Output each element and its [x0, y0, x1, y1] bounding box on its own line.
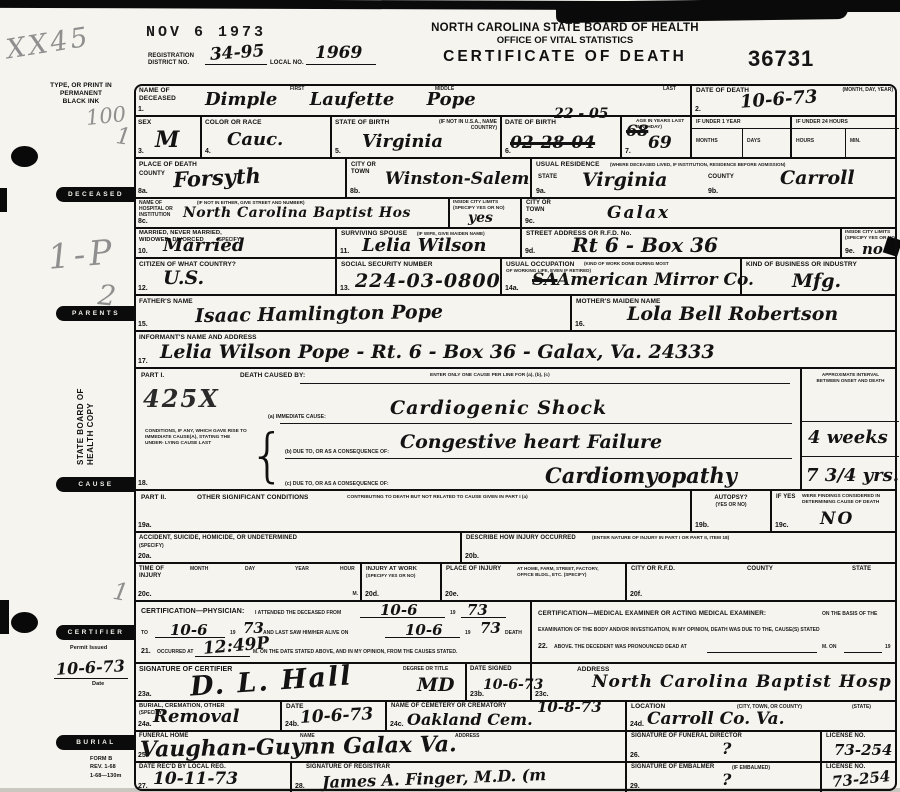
field-place-of-death-county: PLACE OF DEATH COUNTY 8a. Forsyth: [135, 157, 345, 197]
date-received-value: 10-11-73: [153, 771, 238, 788]
cause-interval-column: APPROXIMATE INTERVALBETWEEN ONSET AND DE…: [800, 367, 897, 489]
burial-type-value: Removal: [153, 708, 239, 726]
ssn-value: 224-03-0800: [355, 272, 501, 291]
scan-artifact-top-corner: [828, 0, 900, 12]
field-registrar-signature: SIGNATURE OF REGISTRAR 28. James A. Fing…: [290, 761, 625, 792]
burial-location-value: Carroll Co. Va.: [647, 711, 785, 728]
field-usual-residence: USUAL RESIDENCE (WHERE DECEASED LIVED, I…: [530, 157, 897, 197]
field-father-name: FATHER'S NAME 15. Isaac Hamlington Pope: [135, 294, 570, 330]
father-name-value: Isaac Hamlington Pope: [195, 303, 443, 326]
permit-date-label: Date: [92, 681, 104, 688]
degree-value: MD: [417, 676, 455, 695]
field-autopsy: AUTOPSY? (YES OR NO) 19b.: [690, 489, 770, 531]
field-date-of-birth: DATE OF BIRTH 6. 22 - 05 02-28-04: [500, 115, 620, 157]
form-id: FORM BREV. 1-681-68—130m: [90, 755, 121, 780]
certificate-title: CERTIFICATE OF DEATH: [390, 48, 740, 66]
race-value: Cauc.: [227, 131, 283, 149]
place-of-death-city-value: Winston-Salem: [385, 171, 529, 188]
margin-tab-parents: PARENTS: [56, 306, 136, 321]
field-embalmer-signature: SIGNATURE OF EMBALMER (IF EMBALMED) 29. …: [625, 761, 820, 792]
cause-due-to-2-value: Cardiomyopathy: [545, 465, 737, 486]
cause-code: 425X: [143, 387, 220, 411]
hospital-value: North Carolina Baptist Hos: [183, 206, 411, 220]
received-date-stamp: NOV 6 1973: [146, 24, 266, 41]
age-correction: 69: [648, 135, 672, 152]
cemetery-note-date: 10-8-73: [537, 700, 602, 715]
cause-interval-b: 4 weeks: [808, 429, 888, 447]
field-state-of-birth: STATE OF BIRTH (IF NOT IN U.S.A., NAME C…: [330, 115, 500, 157]
board-name: NORTH CAROLINA STATE BOARD OF HEALTH: [390, 22, 740, 34]
field-race: COLOR OR RACE 4. Cauc.: [200, 115, 330, 157]
residence-county-value: Carroll: [780, 169, 855, 188]
field-burial-date: DATE 24b. 10-6-73: [280, 700, 385, 730]
date-of-birth-value: 02-28-04: [510, 135, 595, 152]
place-of-death-county-value: Forsyth: [173, 165, 262, 191]
industry-value: Mfg.: [792, 272, 841, 291]
section-certification-medical-examiner: CERTIFICATION—MEDICAL EXAMINER OR ACTING…: [530, 600, 897, 662]
field-sex: SEX 3. M: [135, 115, 200, 157]
residence-icl-value: no: [862, 242, 883, 257]
field-certifier-address: ADDRESS 23c. North Carolina Baptist Hosp: [530, 662, 897, 700]
office-name: OFFICE OF VITAL STATISTICS: [390, 35, 740, 46]
punch-hole-top: [11, 146, 38, 167]
local-no-underline: [306, 55, 376, 65]
deceased-name-value: Dimple Laufette Pope: [205, 91, 476, 109]
field-burial-type: BURIAL, CREMATION, OTHER (SPECIFY) 24a. …: [135, 700, 280, 730]
state-of-birth-value: Virginia: [362, 133, 443, 151]
death-certificate-scan: NOV 6 1973 REGISTRATIONDISTRICT NO. 34-9…: [0, 0, 900, 792]
scan-artifact-left-tick-1: [0, 188, 7, 212]
field-street-address: STREET ADDRESS OR R.F.D. No. 9d. Rt 6 - …: [520, 227, 840, 257]
field-surviving-spouse: SURVIVING SPOUSE (IF WIFE, GIVE MAIDEN N…: [335, 227, 520, 257]
field-date-of-death: DATE OF DEATH (MONTH, DAY, YEAR) 2. 10-6…: [690, 85, 897, 115]
occupation-value: American Mirror Co.: [557, 272, 754, 289]
autopsy-findings-value: NO: [820, 511, 854, 528]
date-of-death-value: 10-6-73: [739, 88, 818, 111]
certifier-address-value: North Carolina Baptist Hosp: [592, 674, 892, 691]
permit-issued-label: Permit Issued: [70, 645, 107, 652]
section-cause-part1: PART I. DEATH CAUSED BY: ENTER ONLY ONE …: [135, 367, 800, 489]
name-col-last: LAST: [663, 86, 676, 92]
cause-interval-c: 7 3/4 yrs.: [806, 467, 899, 485]
burial-date-value: 10-6-73: [300, 706, 374, 727]
cause-brace: {: [249, 421, 286, 489]
field-mother-name: MOTHER'S MAIDEN NAME 16. Lola Bell Rober…: [570, 294, 897, 330]
funeral-director-signature-value: ?: [722, 741, 731, 757]
cause-due-to-1-value: Congestive heart Failure: [400, 433, 662, 452]
occupation-struck: SA: [532, 272, 557, 289]
informant-value: Lelia Wilson Pope - Rt. 6 - Box 36 - Gal…: [160, 343, 715, 362]
alive-on-year: 73: [480, 621, 501, 636]
field-ssn: SOCIAL SECURITY NUMBER 13. 224-03-0800: [335, 257, 500, 294]
sex-value: M: [155, 129, 179, 151]
margin-pencil-cause-1: 1: [111, 579, 130, 605]
local-no-label: LOCAL NO.: [270, 60, 304, 67]
registration-underline: [205, 55, 267, 65]
marital-value: Married: [163, 237, 244, 255]
scan-artifact-top-right: [556, 0, 848, 23]
margin-tab-deceased: DECEASED: [56, 187, 136, 202]
margin-tab-cause: CAUSE: [56, 477, 136, 492]
hospital-icl-value: yes: [468, 211, 493, 225]
field-injury-city-county-state: CITY OR R.F.D. COUNTY STATE 20f.: [625, 562, 897, 600]
field-degree-or-title: DEGREE OR TITLE MD: [395, 662, 465, 700]
registration-district-label: REGISTRATIONDISTRICT NO.: [148, 53, 204, 67]
field-residence-inside-city-limits: INSIDE CITY LIMITS(SPECIFY YES OR NO) 9e…: [840, 227, 897, 257]
margin-tab-burial: BURIAL: [56, 735, 136, 750]
field-date-received-local-registrar: DATE REC'D BY LOCAL REG. 27. 10-11-73: [135, 761, 290, 792]
field-age: AGE IN YEARS LASTBIRTHDAY) 7. 68 69: [620, 115, 690, 157]
section-cause-part2: PART II. OTHER SIGNIFICANT CONDITIONS CO…: [135, 489, 690, 531]
field-embalmer-license: LICENSE NO. 73-254: [820, 761, 897, 792]
field-funeral-home: FUNERAL HOME NAME ADDRESS 25. Vaughan-Gu…: [135, 730, 625, 761]
margin-tab-certifier: CERTIFIER: [56, 625, 136, 640]
field-time-of-injury: TIME OFINJURY MONTH DAY YEAR HOUR 20c. M…: [135, 562, 360, 600]
margin-pencil-1p: 1-P: [47, 235, 118, 275]
field-describe-injury: DESCRIBE HOW INJURY OCCURRED (ENTER NATU…: [460, 531, 897, 562]
punch-hole-bottom: [11, 612, 38, 633]
permit-date-underline: [54, 669, 128, 679]
copy-designation: STATE BOARD OF HEALTH COPY: [76, 360, 96, 465]
field-informant: INFORMANT'S NAME AND ADDRESS 17. Lelia W…: [135, 330, 897, 367]
mother-name-value: Lola Bell Robertson: [627, 305, 838, 324]
field-signature-of-certifier: SIGNATURE OF CERTIFIER 23a. D. L. Hall: [135, 662, 395, 700]
field-if-under-1-year: IF UNDER 1 YEAR MONTHS DAYS: [690, 115, 790, 157]
field-if-under-24-hours: IF UNDER 24 HOURS HOURS MIN.: [790, 115, 897, 157]
field-injury-at-work: INJURY AT WORK (SPECIFY YES OR NO) 20d.: [360, 562, 440, 600]
field-place-of-death-city: CITY ORTOWN 8b. Winston-Salem: [345, 157, 530, 197]
field-cemetery: NAME OF CEMETERY OR CREMATORY 10-8-73 24…: [385, 700, 625, 730]
residence-state-value: Virginia: [582, 171, 667, 190]
funeral-home-value: Vaughan-Guynn Galax Va.: [140, 733, 457, 761]
margin-pencil-1: 1: [114, 125, 132, 150]
field-marital-status: MARRIED, NEVER MARRIED, WIDOWED, DIVORCE…: [135, 227, 335, 257]
field-accident: ACCIDENT, SUICIDE, HOMICIDE, OR UNDETERM…: [135, 531, 460, 562]
residence-city-value: Galax: [607, 205, 670, 222]
date-of-birth-correction: 22 - 05: [554, 107, 609, 121]
cause-conditions-note: CONDITIONS, IF ANY, WHICH GAVE RISE TO I…: [145, 429, 250, 446]
ink-instruction: TYPE, OR PRINT IN PERMANENT BLACK INK: [48, 82, 114, 105]
age-value: 68: [626, 123, 648, 139]
field-residence-city: CITY ORTOWN 9c. Galax: [520, 197, 897, 227]
spouse-value: Lelia Wilson: [362, 237, 487, 255]
section-certification-physician: CERTIFICATION—PHYSICIAN: I ATTENDED THE …: [135, 600, 530, 662]
street-address-value: Rt 6 - Box 36: [572, 235, 718, 255]
scan-artifact-left-tick-2: [0, 600, 9, 634]
field-funeral-director-signature: SIGNATURE OF FUNERAL DIRECTOR 26. ?: [625, 730, 820, 761]
funeral-license-value: 73-254: [834, 743, 892, 758]
citizen-value: U.S.: [163, 269, 204, 288]
embalmer-signature-value: ?: [722, 772, 731, 788]
field-funeral-license: LICENSE NO. 73-254: [820, 730, 897, 761]
cemetery-value: Oakland Cem.: [407, 712, 533, 728]
certificate-serial-number: 36731: [748, 46, 814, 72]
header-title-block: NORTH CAROLINA STATE BOARD OF HEALTH OFF…: [390, 22, 740, 66]
field-occupation: USUAL OCCUPATION (KIND OF WORK DONE DURI…: [500, 257, 740, 294]
embalmer-license-value: 73-254: [831, 769, 891, 790]
field-hospital: NAME OFHOSPITAL ORINSTITUTION (IF NOT IN…: [135, 197, 448, 227]
field-autopsy-findings: IF YES WERE FINDINGS CONSIDERED IN DETER…: [770, 489, 897, 531]
field-citizen: CITIZEN OF WHAT COUNTRY? 12. U.S.: [135, 257, 335, 294]
field-place-of-injury: PLACE OF INJURY AT HOME, FARM, STREET, F…: [440, 562, 625, 600]
field-industry: KIND OF BUSINESS OR INDUSTRY Mfg.: [740, 257, 897, 294]
field-burial-location: LOCATION (CITY, TOWN, OR COUNTY) (STATE)…: [625, 700, 897, 730]
field-date-signed: DATE SIGNED 23b. 10-6-73: [465, 662, 530, 700]
cause-immediate-value: Cardiogenic Shock: [390, 399, 607, 418]
field-hospital-inside-city-limits: INSIDE CITY LIMITS(SPECIFY YES OR NO) ye…: [448, 197, 520, 227]
margin-pencil-code: XX45: [4, 24, 92, 64]
